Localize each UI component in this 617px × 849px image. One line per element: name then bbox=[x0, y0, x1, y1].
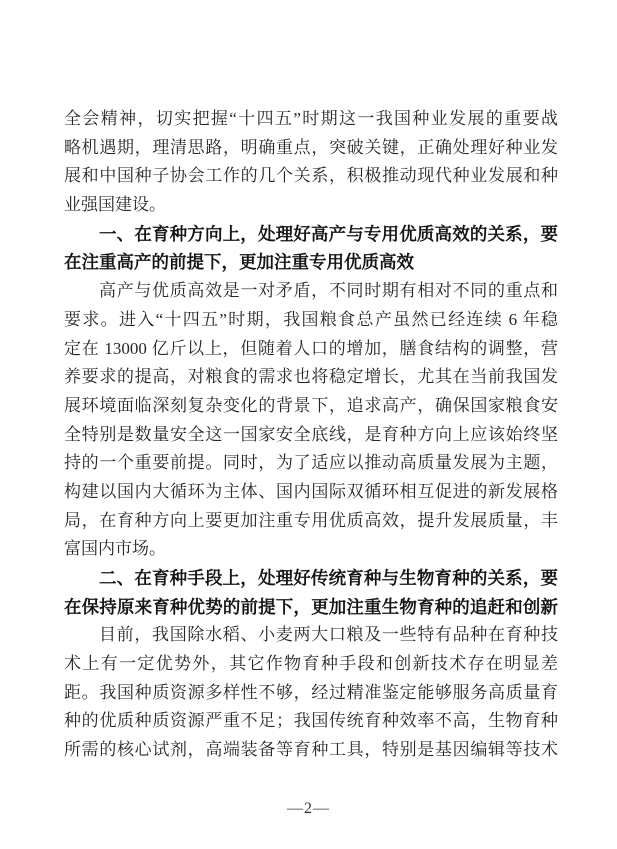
text-line: 养要求的提高，对粮食的需求也将稳定增长，尤其在当前我国发 bbox=[64, 363, 558, 392]
text-line: 略机遇期，理清思路，明确重点，突破关键，正确处理好种业发 bbox=[64, 134, 558, 163]
text-line: 富国内市场。 bbox=[64, 535, 558, 564]
section-heading: 一、在育种方向上，处理好高产与专用优质高效的关系，要在注重高产的前提下，更加注重… bbox=[64, 220, 558, 277]
text-line: 二、在育种手段上，处理好传统育种与生物育种的关系，要 bbox=[64, 564, 558, 593]
section-heading: 二、在育种手段上，处理好传统育种与生物育种的关系，要在保持原来育种优势的前提下，… bbox=[64, 564, 558, 621]
text-line: 所需的核心试剂，高端装备等育种工具，特别是基因编辑等技术 bbox=[64, 736, 558, 765]
text-line: 高产与优质高效是一对矛盾，不同时期有相对不同的重点和 bbox=[64, 277, 558, 306]
paragraph: 高产与优质高效是一对矛盾，不同时期有相对不同的重点和要求。进入“十四五”时期，我… bbox=[64, 277, 558, 564]
paragraph: 目前，我国除水稻、小麦两大口粮及一些特有品种在育种技术上有一定优势外，其它作物育… bbox=[64, 621, 558, 764]
text-line: 展环境面临深刻复杂变化的背景下，追求高产，确保国家粮食安 bbox=[64, 392, 558, 421]
document-body: 全会精神，切实把握“十四五”时期这一我国种业发展的重要战略机遇期，理清思路，明确… bbox=[64, 105, 558, 765]
paragraph: 全会精神，切实把握“十四五”时期这一我国种业发展的重要战略机遇期，理清思路，明确… bbox=[64, 105, 558, 220]
document-page: 全会精神，切实把握“十四五”时期这一我国种业发展的重要战略机遇期，理清思路，明确… bbox=[0, 0, 617, 849]
text-line: 全会精神，切实把握“十四五”时期这一我国种业发展的重要战 bbox=[64, 105, 558, 134]
text-line: 全特别是数量安全这一国家安全底线，是育种方向上应该始终坚 bbox=[64, 421, 558, 450]
text-line: 种的优质种质资源严重不足；我国传统育种效率不高，生物育种 bbox=[64, 707, 558, 736]
text-line: 局，在育种方向上要更加注重专用优质高效，提升发展质量，丰 bbox=[64, 507, 558, 536]
text-line: 一、在育种方向上，处理好高产与专用优质高效的关系，要 bbox=[64, 220, 558, 249]
text-line: 定在 13000 亿斤以上，但随着人口的增加，膳食结构的调整，营 bbox=[64, 335, 558, 364]
text-line: 在注重高产的前提下，更加注重专用优质高效 bbox=[64, 248, 558, 277]
text-line: 展和中国种子协会工作的几个关系，积极推动现代种业发展和种 bbox=[64, 162, 558, 191]
text-line: 目前，我国除水稻、小麦两大口粮及一些特有品种在育种技 bbox=[64, 621, 558, 650]
text-line: 持的一个重要前提。同时，为了适应以推动高质量发展为主题， bbox=[64, 449, 558, 478]
text-line: 要求。进入“十四五”时期，我国粮食总产虽然已经连续 6 年稳 bbox=[64, 306, 558, 335]
page-number: —2— bbox=[287, 800, 330, 817]
text-line: 构建以国内大循环为主体、国内国际双循环相互促进的新发展格 bbox=[64, 478, 558, 507]
text-line: 业强国建设。 bbox=[64, 191, 558, 220]
text-line: 术上有一定优势外，其它作物育种手段和创新技术存在明显差 bbox=[64, 650, 558, 679]
text-line: 在保持原来育种优势的前提下，更加注重生物育种的追赶和创新 bbox=[64, 593, 558, 622]
text-line: 距。我国种质资源多样性不够，经过精准鉴定能够服务高质量育 bbox=[64, 679, 558, 708]
page-footer: —2— bbox=[0, 800, 617, 818]
